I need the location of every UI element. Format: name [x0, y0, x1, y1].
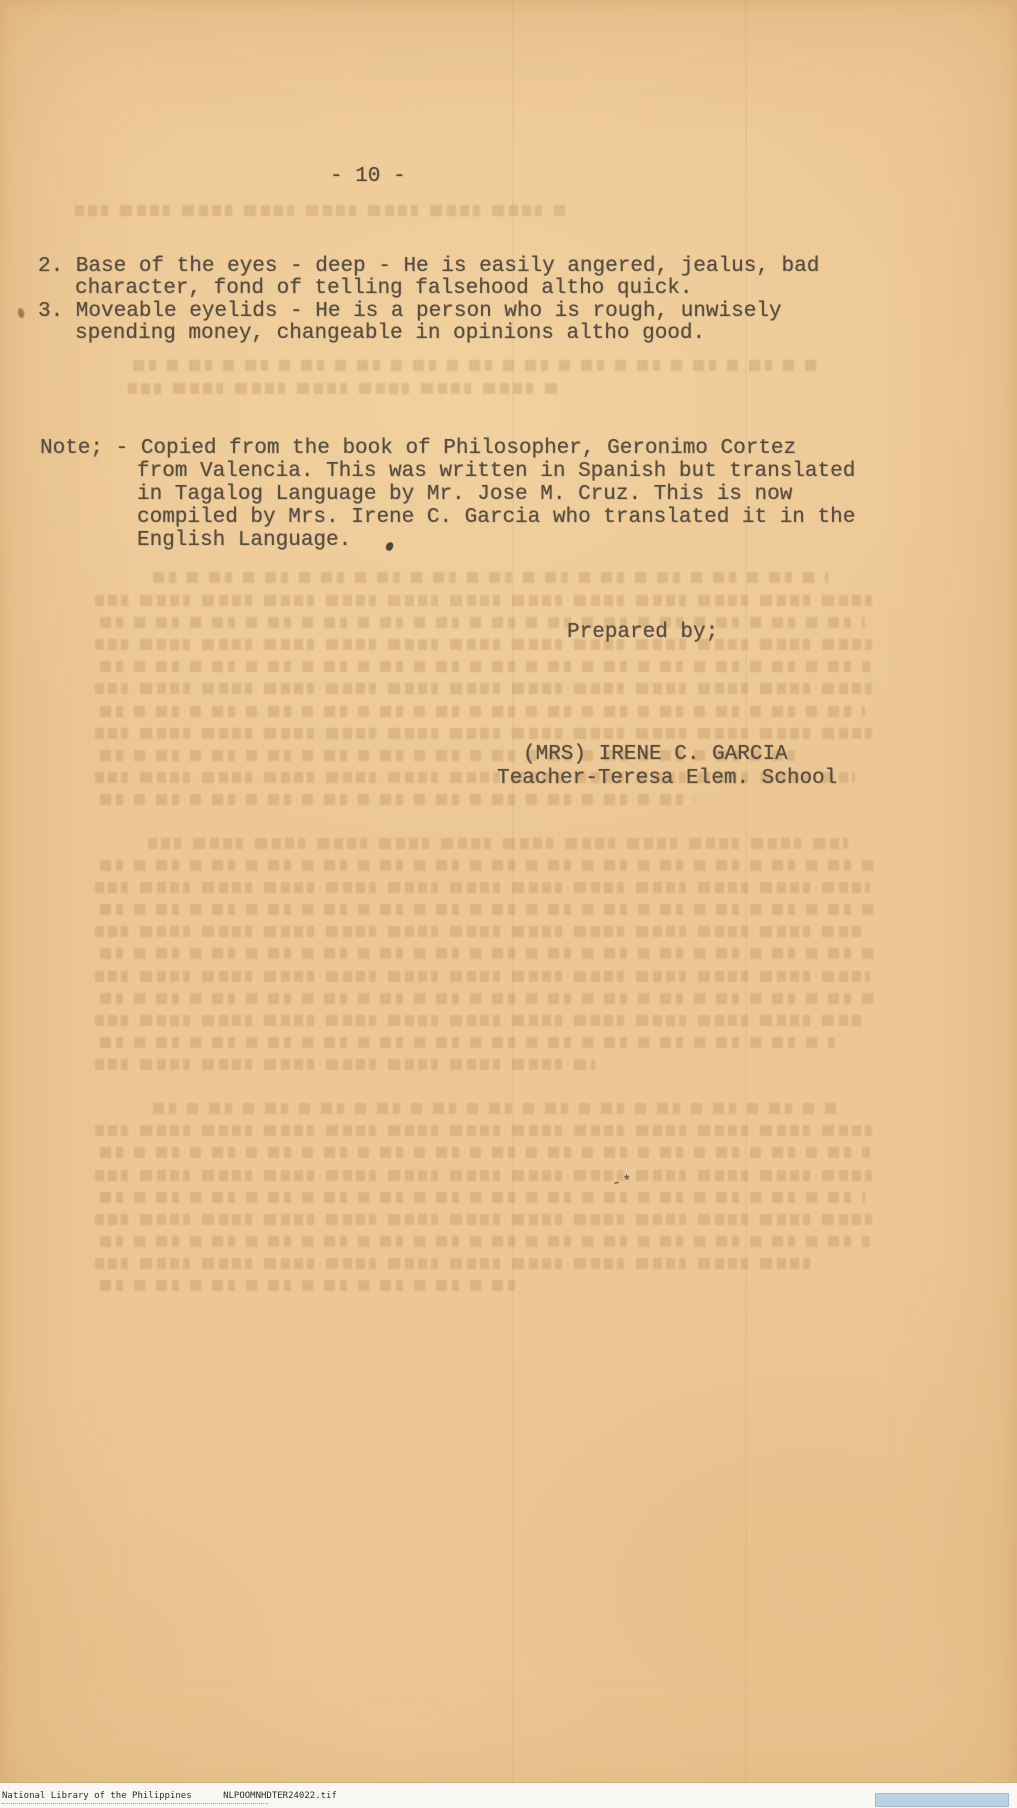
bleedthrough-line — [95, 595, 875, 606]
bleedthrough-line — [95, 661, 870, 672]
prepared-by-label: Prepared by; — [567, 622, 718, 644]
bleedthrough-line — [95, 1214, 875, 1225]
scan-filename: NLPOOMNHDTER24022.tif — [223, 1791, 337, 1801]
note-line-2: from Valencia. This was written in Spani… — [137, 461, 855, 483]
bleedthrough-line — [95, 993, 875, 1004]
bleedthrough-line — [95, 1037, 835, 1048]
item-3-line-2: spending money, changeable in opinions a… — [75, 323, 705, 345]
signature-title: Teacher-Teresa Elem. School — [497, 768, 837, 790]
red-ink-mark — [17, 308, 25, 319]
bleedthrough-line — [95, 617, 865, 628]
bleedthrough-line — [148, 1103, 838, 1114]
bleedthrough-line — [95, 1236, 870, 1247]
bleedthrough-line — [75, 205, 565, 216]
signature-name: (MRS) IRENE C. GARCIA — [523, 744, 788, 766]
scan-footer-text: National Library of the Philippines NLPO… — [2, 1791, 268, 1804]
bleedthrough-line — [95, 683, 875, 694]
bleedthrough-line — [95, 1059, 595, 1070]
item-2-line-1: 2. Base of the eyes - deep - He is easil… — [38, 256, 819, 278]
stray-pen-mark: -* — [611, 1173, 635, 1193]
bleedthrough-line — [95, 904, 875, 915]
note-line-4: compiled by Mrs. Irene C. Garcia who tra… — [137, 507, 855, 529]
note-line-3: in Tagalog Language by Mr. Jose M. Cruz.… — [137, 484, 792, 506]
bleedthrough-line — [95, 706, 865, 717]
bleedthrough-line — [148, 838, 848, 849]
page-number: - 10 - — [330, 166, 406, 188]
bleedthrough-line — [95, 926, 865, 937]
bleedthrough-line — [148, 572, 828, 583]
bleedthrough-line — [95, 1170, 875, 1181]
scanned-document-page: - 10 - 2. Base of the eyes - deep - He i… — [0, 0, 1017, 1808]
bleedthrough-line — [95, 794, 695, 805]
bleedthrough-line — [95, 639, 875, 650]
bleedthrough-line — [95, 860, 875, 871]
item-2-line-2: character, fond of telling falsehood alt… — [75, 278, 693, 300]
bleedthrough-line — [95, 948, 875, 959]
note-line-1: Note; - Copied from the book of Philosop… — [40, 438, 796, 460]
bleedthrough-line — [95, 971, 870, 982]
bleedthrough-line — [128, 383, 558, 394]
scanner-color-patch — [875, 1793, 1009, 1807]
bleedthrough-line — [95, 1280, 515, 1291]
item-3-line-1: 3. Moveable eyelids - He is a person who… — [38, 301, 782, 323]
note-line-5: English Language. — [137, 530, 351, 552]
bleedthrough-line — [128, 360, 818, 371]
ink-blot-mark — [385, 541, 394, 552]
bleedthrough-line — [95, 1192, 865, 1203]
bleedthrough-line — [95, 1258, 815, 1269]
bleedthrough-line — [95, 728, 875, 739]
bleedthrough-line — [95, 1015, 865, 1026]
scan-footer-bar: National Library of the Philippines NLPO… — [0, 1782, 1017, 1808]
library-name: National Library of the Philippines — [2, 1791, 192, 1801]
bleedthrough-line — [95, 1147, 870, 1158]
bleedthrough-line — [95, 1125, 875, 1136]
bleedthrough-line — [95, 882, 870, 893]
